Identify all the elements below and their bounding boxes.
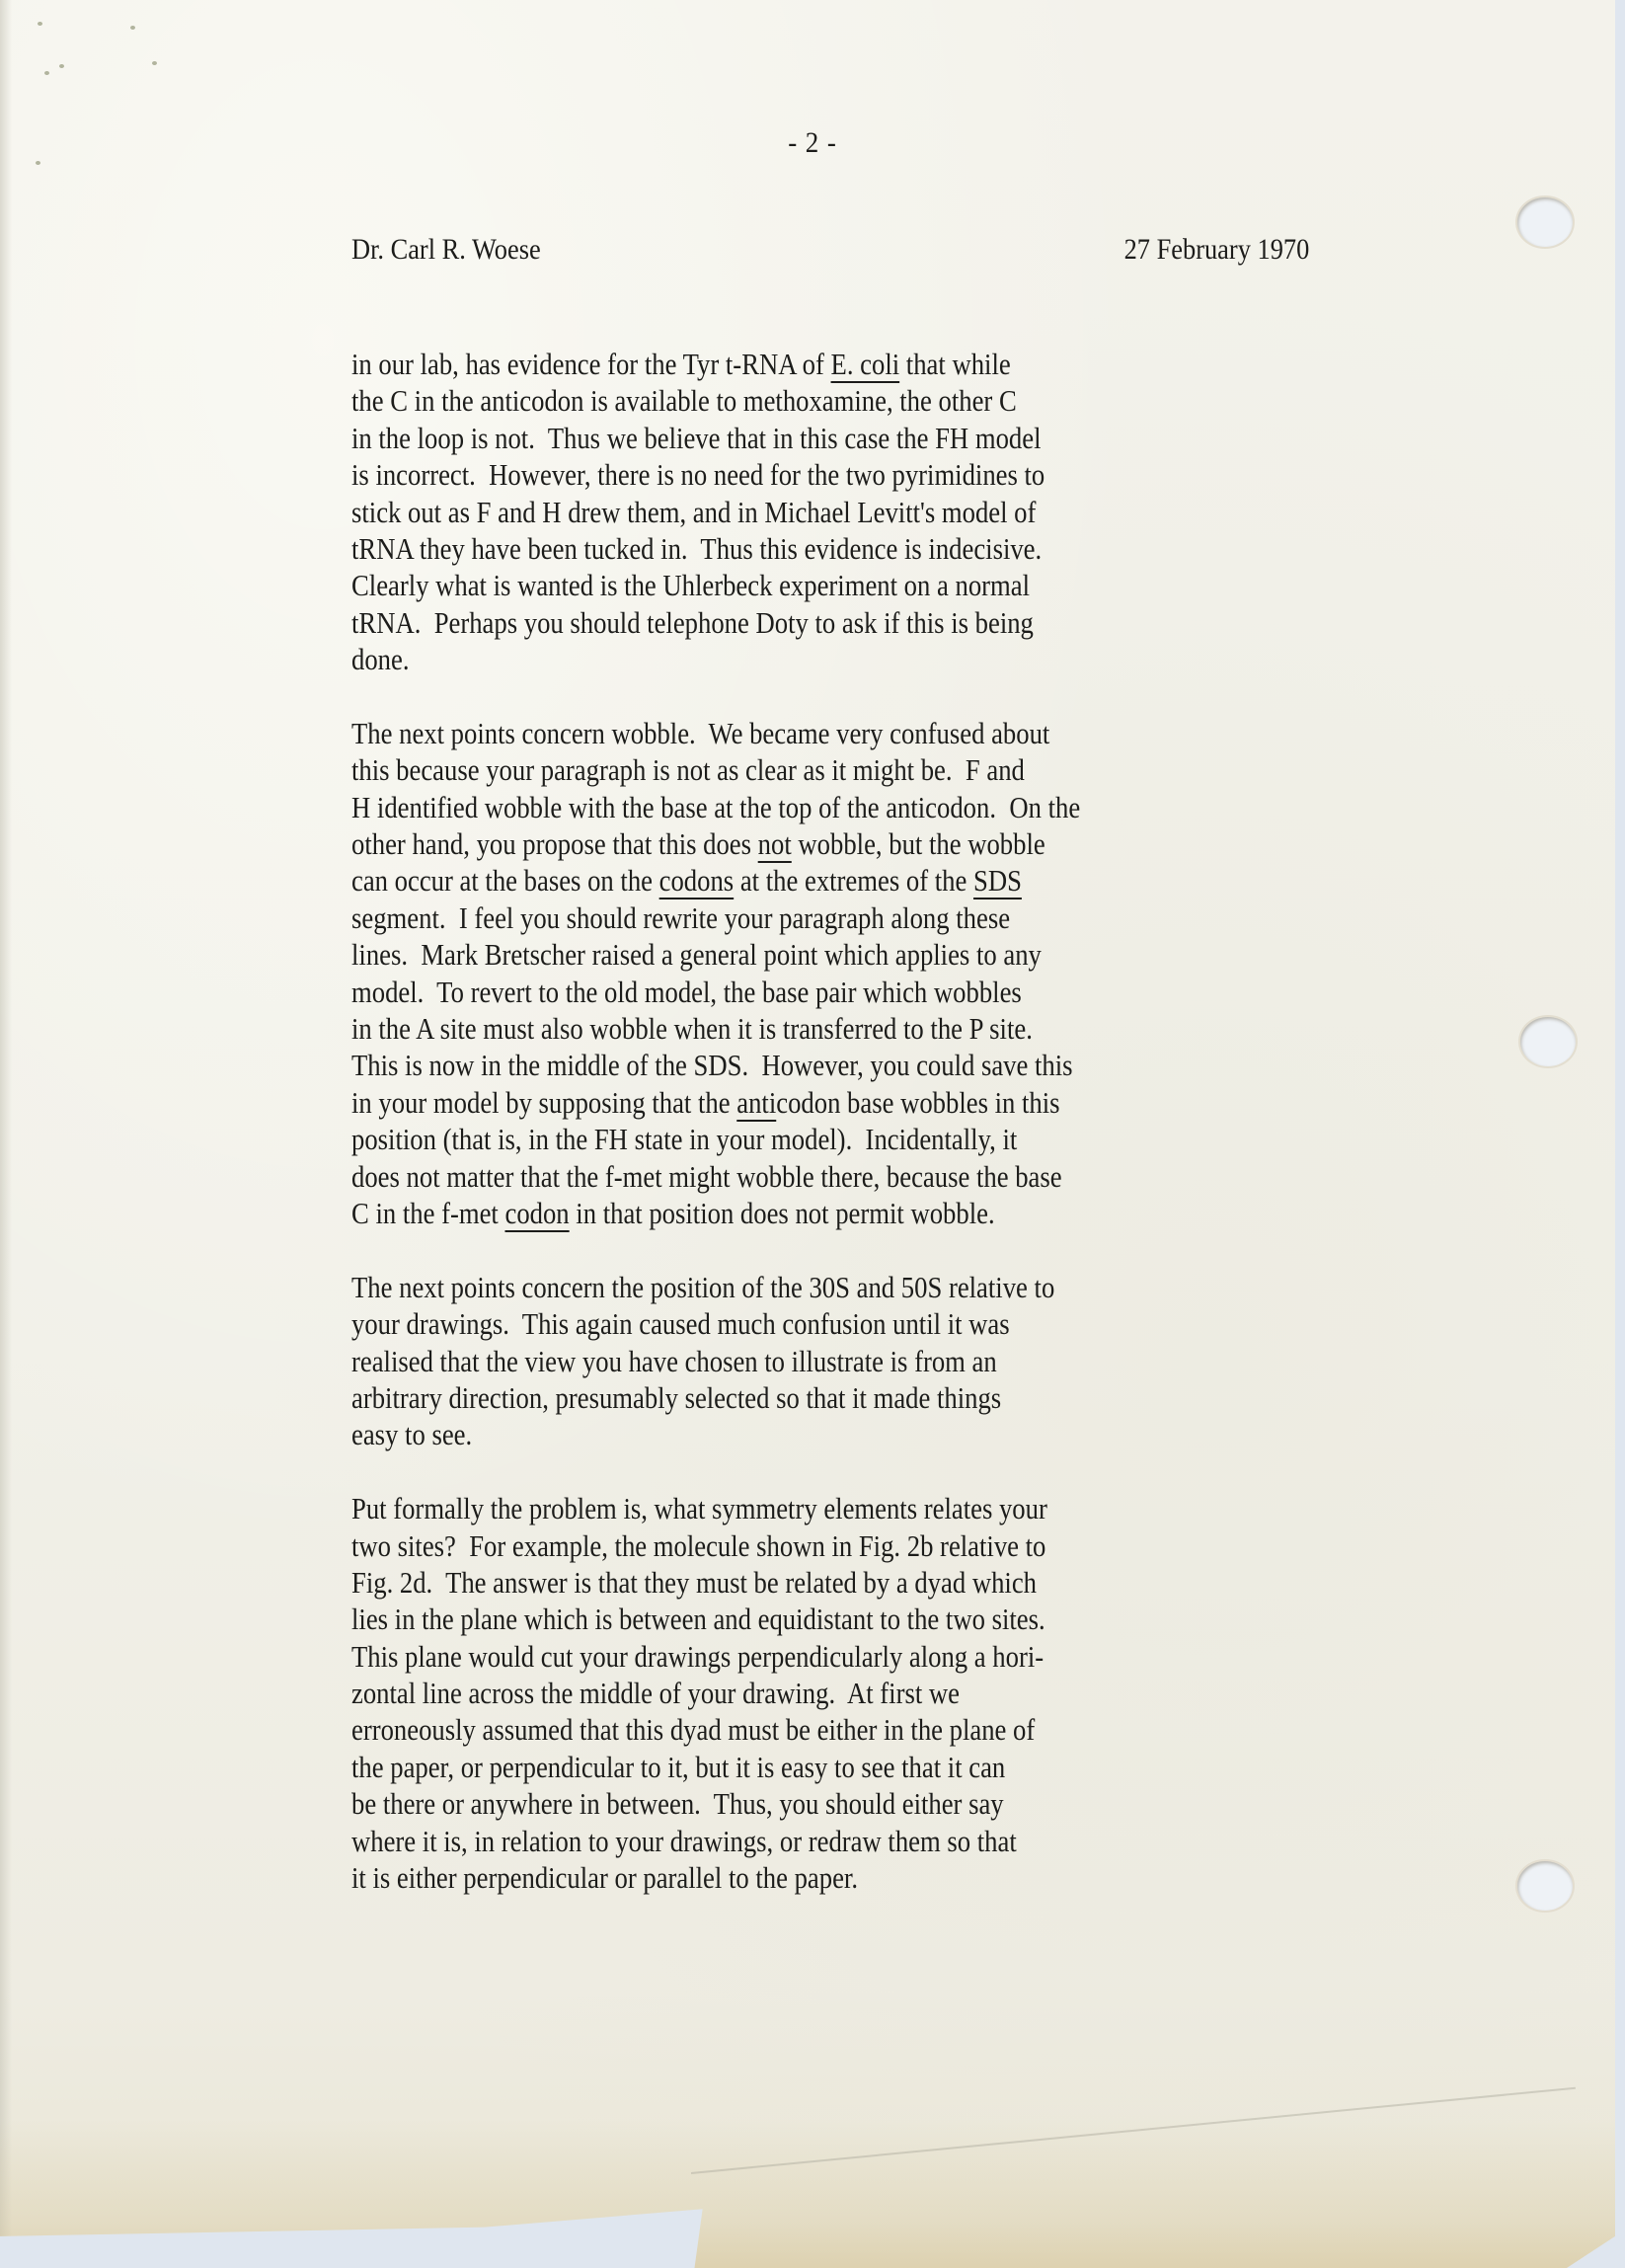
text-run: realised that the view you have chosen t… <box>351 1344 997 1378</box>
paragraph: in our lab, has evidence for the Tyr t-R… <box>351 346 1358 678</box>
text-line: H identified wobble with the base at the… <box>351 789 1217 825</box>
text-run: tRNA they have been tucked in. Thus this… <box>351 531 1042 566</box>
text-run: segment. I feel you should rewrite your … <box>351 900 1010 935</box>
text-line: The next points concern the position of … <box>351 1269 1217 1305</box>
text-line: can occur at the bases on the codons at … <box>351 862 1217 899</box>
text-line: the paper, or perpendicular to it, but i… <box>351 1749 1217 1785</box>
text-run: lines. Mark Bretscher raised a general p… <box>351 937 1042 972</box>
text-run: it is either perpendicular or parallel t… <box>351 1860 858 1895</box>
speck <box>36 161 40 165</box>
text-run: wobble, but the wobble <box>792 826 1045 861</box>
text-run: position (that is, in the FH state in yo… <box>351 1122 1017 1156</box>
page-number: - 2 - <box>81 126 1543 160</box>
text-run: in the A site must also wobble when it i… <box>351 1011 1033 1046</box>
text-run: this because your paragraph is not as cl… <box>351 752 1025 787</box>
text-run: is incorrect. However, there is no need … <box>351 457 1045 492</box>
text-line: does not matter that the f-met might wob… <box>351 1158 1217 1195</box>
text-run: the paper, or perpendicular to it, but i… <box>351 1750 1005 1784</box>
text-run: in that position does not permit wobble. <box>570 1196 995 1230</box>
text-run: Clearly what is wanted is the Uhlerbeck … <box>351 568 1030 602</box>
text-run: the C in the anticodon is available to m… <box>351 383 1017 418</box>
age-stain <box>0 2120 1615 2268</box>
paragraph: Put formally the problem is, what symmet… <box>351 1490 1358 1896</box>
text-run: H identified wobble with the base at the… <box>351 790 1080 824</box>
text-line: stick out as F and H drew them, and in M… <box>351 494 1217 530</box>
text-run: tRNA. Perhaps you should telephone Doty … <box>351 605 1034 640</box>
text-line: Clearly what is wanted is the Uhlerbeck … <box>351 567 1217 603</box>
text-run: arbitrary direction, presumably selected… <box>351 1380 1001 1415</box>
text-line: done. <box>351 641 1217 677</box>
text-line: in the A site must also wobble when it i… <box>351 1010 1217 1047</box>
speck <box>38 22 42 26</box>
underlined-emphasis: not <box>758 826 792 861</box>
speck <box>130 26 135 30</box>
text-run: Put formally the problem is, what symmet… <box>351 1491 1047 1525</box>
speck <box>44 71 49 75</box>
text-line: position (that is, in the FH state in yo… <box>351 1121 1217 1157</box>
text-line: lines. Mark Bretscher raised a general p… <box>351 936 1217 973</box>
text-run: stick out as F and H drew them, and in M… <box>351 495 1036 529</box>
text-line: your drawings. This again caused much co… <box>351 1305 1217 1342</box>
text-line: it is either perpendicular or parallel t… <box>351 1859 1217 1896</box>
text-run: that while <box>899 347 1011 381</box>
text-line: in the loop is not. Thus we believe that… <box>351 420 1217 456</box>
text-run: zontal line across the middle of your dr… <box>351 1676 960 1710</box>
letter-header: Dr. Carl R. Woese 27 February 1970 <box>351 233 1309 273</box>
text-line: easy to see. <box>351 1416 1217 1452</box>
text-run: can occur at the bases on the <box>351 863 659 898</box>
text-run: in our lab, has evidence for the Tyr t-R… <box>351 347 831 381</box>
punch-hole-icon <box>1520 1017 1576 1066</box>
letter-body: in our lab, has evidence for the Tyr t-R… <box>351 346 1358 1933</box>
text-line: is incorrect. However, there is no need … <box>351 456 1217 493</box>
text-run: two sites? For example, the molecule sho… <box>351 1528 1045 1563</box>
text-run: The next points concern wobble. We becam… <box>351 716 1049 750</box>
text-line: erroneously assumed that this dyad must … <box>351 1711 1217 1748</box>
text-run: easy to see. <box>351 1417 472 1451</box>
underlined-emphasis: E. coli <box>831 347 900 381</box>
text-run: erroneously assumed that this dyad must … <box>351 1712 1035 1747</box>
text-run: codon base wobbles in this <box>776 1085 1059 1120</box>
text-line: realised that the view you have chosen t… <box>351 1343 1217 1379</box>
text-run: in your model by supposing that the <box>351 1085 736 1120</box>
text-line: lies in the plane which is between and e… <box>351 1601 1217 1637</box>
text-run: This plane would cut your drawings perpe… <box>351 1639 1044 1674</box>
text-line: tRNA they have been tucked in. Thus this… <box>351 530 1217 567</box>
text-line: The next points concern wobble. We becam… <box>351 715 1217 751</box>
text-run: This is now in the middle of the SDS. Ho… <box>351 1048 1073 1082</box>
underlined-emphasis: anti <box>736 1085 776 1120</box>
paragraph: The next points concern the position of … <box>351 1269 1358 1453</box>
underlined-emphasis: codons <box>659 863 735 898</box>
text-run: in the loop is not. Thus we believe that… <box>351 421 1041 455</box>
text-run: model. To revert to the old model, the b… <box>351 975 1022 1009</box>
text-line: be there or anywhere in between. Thus, y… <box>351 1785 1217 1822</box>
speck <box>59 64 64 68</box>
text-line: this because your paragraph is not as cl… <box>351 751 1217 788</box>
text-line: zontal line across the middle of your dr… <box>351 1675 1217 1711</box>
text-line: where it is, in relation to your drawing… <box>351 1823 1217 1859</box>
text-line: the C in the anticodon is available to m… <box>351 382 1217 419</box>
text-line: Fig. 2d. The answer is that they must be… <box>351 1564 1217 1601</box>
text-line: in our lab, has evidence for the Tyr t-R… <box>351 346 1217 382</box>
text-line: This is now in the middle of the SDS. Ho… <box>351 1047 1217 1083</box>
text-run: your drawings. This again caused much co… <box>351 1306 1010 1341</box>
text-run: at the extremes of the <box>734 863 973 898</box>
letter-date: 27 February 1970 <box>1123 233 1309 267</box>
speck <box>152 61 157 65</box>
text-line: This plane would cut your drawings perpe… <box>351 1638 1217 1675</box>
text-run: other hand, you propose that this does <box>351 826 758 861</box>
text-run: does not matter that the f-met might wob… <box>351 1159 1062 1194</box>
text-line: segment. I feel you should rewrite your … <box>351 899 1217 936</box>
text-run: be there or anywhere in between. Thus, y… <box>351 1786 1004 1821</box>
text-run: Fig. 2d. The answer is that they must be… <box>351 1565 1037 1600</box>
text-run: done. <box>351 642 409 676</box>
text-line: two sites? For example, the molecule sho… <box>351 1527 1217 1564</box>
page-edge-shadow <box>0 0 12 2268</box>
punch-hole-icon <box>1517 1861 1573 1911</box>
underlined-emphasis: SDS <box>973 863 1022 898</box>
punch-hole-icon <box>1517 197 1573 247</box>
text-run: where it is, in relation to your drawing… <box>351 1824 1017 1858</box>
text-line: arbitrary direction, presumably selected… <box>351 1379 1217 1416</box>
text-line: other hand, you propose that this does n… <box>351 825 1217 862</box>
recipient-name: Dr. Carl R. Woese <box>351 233 541 267</box>
text-line: model. To revert to the old model, the b… <box>351 974 1217 1010</box>
text-line: tRNA. Perhaps you should telephone Doty … <box>351 604 1217 641</box>
text-run: The next points concern the position of … <box>351 1270 1054 1304</box>
text-line: C in the f-met codon in that position do… <box>351 1195 1217 1231</box>
paragraph: The next points concern wobble. We becam… <box>351 715 1358 1231</box>
text-run: C in the f-met <box>351 1196 504 1230</box>
text-line: Put formally the problem is, what symmet… <box>351 1490 1217 1526</box>
underlined-emphasis: codon <box>504 1196 569 1230</box>
text-run: lies in the plane which is between and e… <box>351 1602 1045 1636</box>
text-line: in your model by supposing that the anti… <box>351 1084 1217 1121</box>
